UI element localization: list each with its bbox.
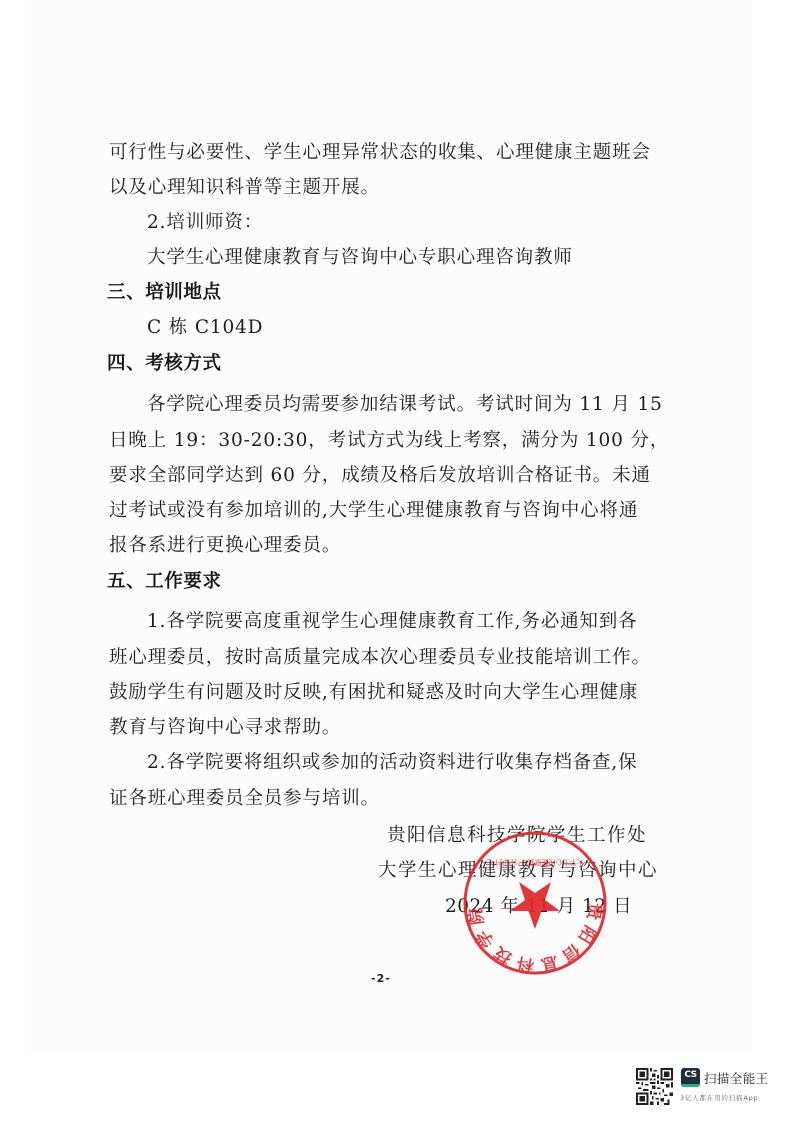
body-line: C 栋 C104D — [147, 316, 263, 340]
camscanner-logo-icon: CS — [681, 1068, 700, 1087]
body-line: 报各系进行更换心理委员。 — [109, 534, 341, 558]
scanner-app-slogan: 3亿人都在用的扫描App — [680, 1093, 758, 1102]
section-heading-assessment: 四、考核方式 — [107, 352, 222, 376]
subsection-title-trainers: 2.培训师资： — [147, 211, 263, 235]
body-line: 日晚上 19：30-20:30，考试方式为线上考察，满分为 100 分， — [109, 429, 669, 453]
page-number: -2- — [371, 972, 391, 985]
body-line: 鼓励学生有问题及时反映,有困扰和疑惑及时向大学生心理健康 — [109, 681, 638, 705]
scanner-app-watermark: CS 扫描全能王 3亿人都在用的扫描App — [634, 1066, 784, 1108]
section-heading-training-location: 三、培训地点 — [107, 281, 222, 305]
body-line: 要求全部同学达到 60 分，成绩及格后发放培训合格证书。未通 — [109, 464, 651, 488]
body-line: 1.各学院要高度重视学生心理健康教育工作,务必通知到各 — [147, 610, 637, 634]
body-line: 以及心理知识科普等主题开展。 — [109, 176, 380, 200]
signature-org-student-affairs: 贵阳信息科技学院学生工作处 — [387, 824, 647, 848]
signature-date: 2024 年 11 月 12 日 — [445, 895, 632, 919]
body-line: 班心理委员，按时高质量完成本次心理委员专业技能培训工作。 — [109, 646, 651, 670]
scanner-app-name: 扫描全能王 — [704, 1069, 769, 1087]
section-heading-work-requirements: 五、工作要求 — [107, 570, 222, 594]
body-line: 过考试或没有参加培训的,大学生心理健康教育与咨询中心将通 — [109, 499, 638, 523]
body-line: 证各班心理委员全员参与培训。 — [109, 787, 380, 811]
body-line: 可行性与必要性、学生心理异常状态的收集、心理健康主题班会 — [109, 141, 651, 165]
body-line: 大学生心理健康教育与咨询中心专职心理咨询教师 — [147, 246, 573, 270]
body-line: 各学院心理委员均需要参加结课考试。考试时间为 11 月 15 — [147, 393, 663, 417]
qr-code-icon — [636, 1068, 673, 1105]
body-line: 2.各学院要将组织或参加的活动资料进行收集存档备查,保 — [147, 751, 637, 775]
body-line: 教育与咨询中心寻求帮助。 — [109, 716, 341, 740]
signature-org-counseling-center: 大学生心理健康教育与咨询中心 — [378, 859, 658, 883]
